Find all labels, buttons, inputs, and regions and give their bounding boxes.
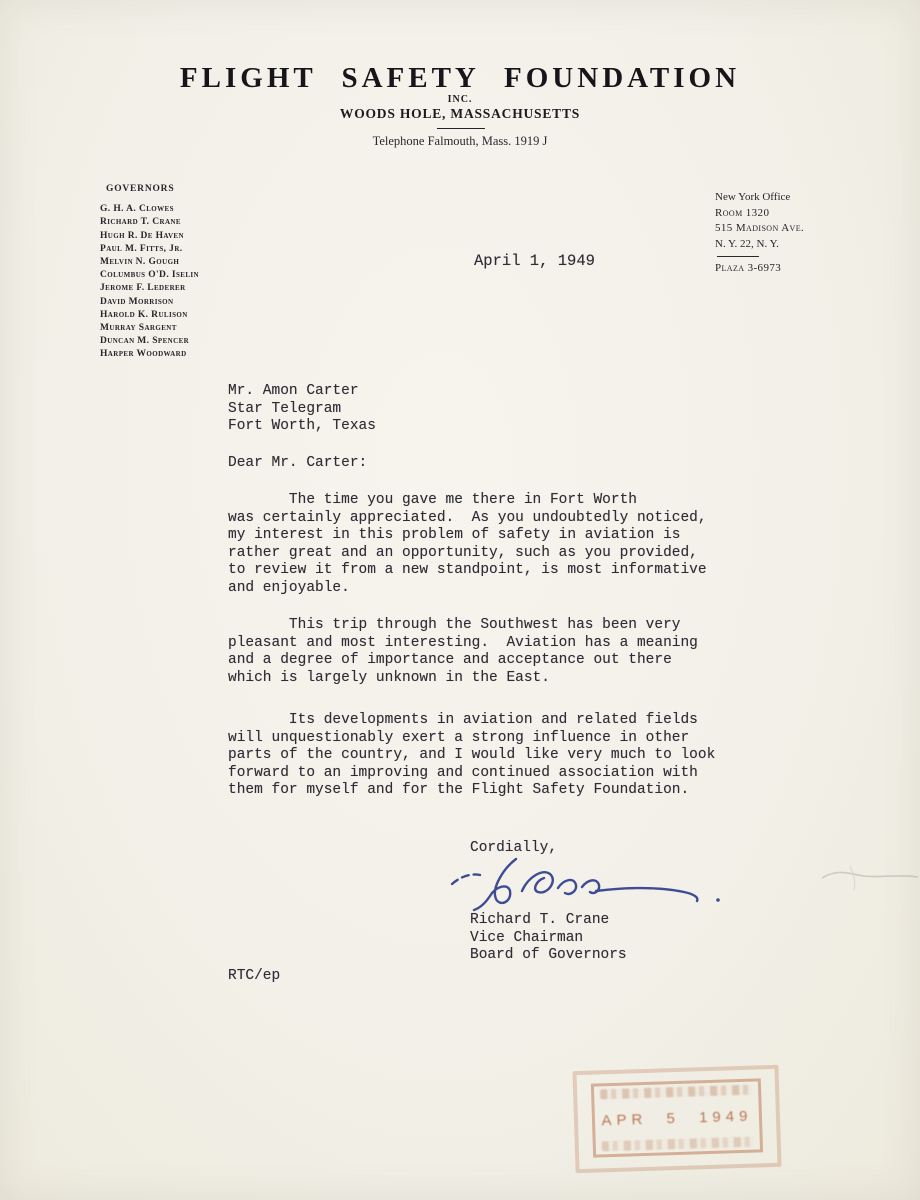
governor-name: David Morrison [100, 296, 250, 309]
governor-name: Melvin N. Gough [100, 256, 250, 269]
signature-handwritten [446, 850, 746, 920]
recipient-address: Mr. Amon Carter Star Telegram Fort Worth… [228, 383, 376, 436]
new-york-office-block: New York Office Room 1320 515 Madison Av… [715, 190, 855, 277]
letterhead-divider [437, 128, 485, 129]
governor-name: Duncan M. Spencer [100, 335, 250, 348]
salutation: Dear Mr. Carter: [228, 455, 367, 473]
letterhead-telephone: Telephone Falmouth, Mass. 1919 J [0, 134, 920, 149]
reference-initials: RTC/ep [228, 968, 280, 986]
stamp-smudged-top-line [600, 1085, 752, 1100]
body-paragraph-2: This trip through the Southwest has been… [228, 617, 728, 687]
ny-office-room: Room 1320 [715, 206, 855, 222]
body-paragraph-3: Its developments in aviation and related… [228, 712, 728, 800]
letterhead-location: WOODS HOLE, MASSACHUSETTS [0, 106, 920, 122]
governor-name: Columbus O'D. Iselin [100, 269, 250, 282]
signer-block: Richard T. Crane Vice Chairman Board of … [470, 912, 627, 965]
ny-office-street: 515 Madison Ave. [715, 221, 855, 237]
scanned-letter-page: FLIGHT SAFETY FOUNDATION INC. WOODS HOLE… [0, 0, 920, 1200]
body-paragraph-1: The time you gave me there in Fort Worth… [228, 492, 728, 597]
letter-date: April 1, 1949 [474, 253, 595, 271]
letterhead-title: FLIGHT SAFETY FOUNDATION [0, 62, 920, 95]
stamp-smudged-bottom-line [602, 1137, 754, 1152]
letterhead-inc: INC. [0, 94, 920, 105]
ny-office-city: N. Y. 22, N. Y. [715, 237, 855, 253]
ny-office-divider [717, 256, 759, 257]
stamp-date-text: APR 5 1949 [601, 1107, 753, 1129]
governor-name: Murray Sargent [100, 322, 250, 335]
governor-name: Hugh R. De Haven [100, 230, 250, 243]
governor-name: G. H. A. Clowes [100, 203, 250, 216]
governors-list: GOVERNORS G. H. A. Clowes Richard T. Cra… [100, 183, 250, 362]
stamp-inner-frame: APR 5 1949 [591, 1078, 763, 1157]
governor-name: Jerome F. Lederer [100, 282, 250, 295]
ny-office-title: New York Office [715, 190, 855, 206]
ny-office-phone: Plaza 3-6973 [715, 261, 855, 277]
governor-name: Richard T. Crane [100, 216, 250, 229]
received-date-stamp: APR 5 1949 [572, 1065, 781, 1173]
governor-name: Harold K. Rulison [100, 309, 250, 322]
governor-name: Paul M. Fitts, Jr. [100, 243, 250, 256]
governors-heading: GOVERNORS [106, 183, 250, 196]
governor-name: Harper Woodward [100, 348, 250, 361]
pencil-mark [820, 858, 920, 894]
